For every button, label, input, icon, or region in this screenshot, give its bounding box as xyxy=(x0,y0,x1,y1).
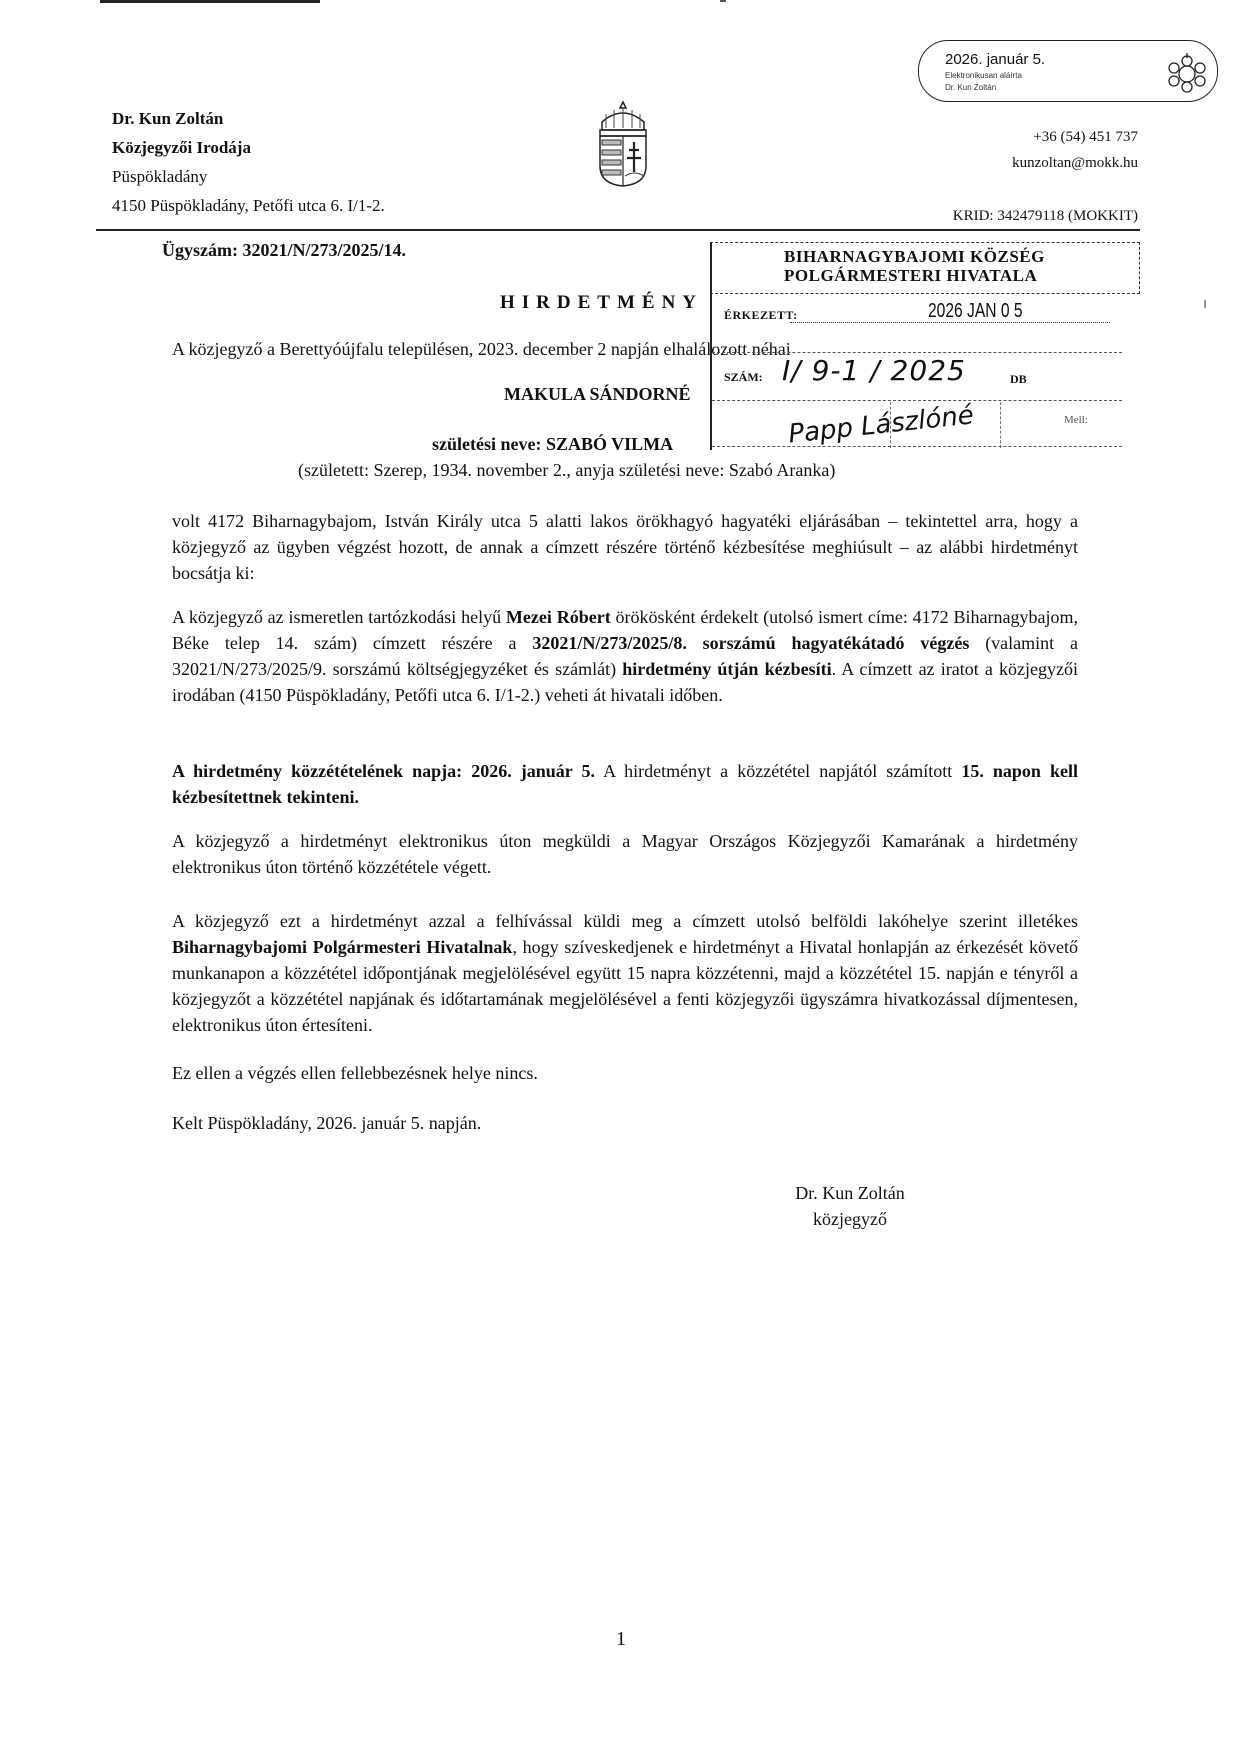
stamp-line1: Elektronikusan aláírta xyxy=(945,71,1022,80)
paragraph-dated: Kelt Püspökladány, 2026. január 5. napjá… xyxy=(172,1110,1078,1136)
coat-of-arms-icon xyxy=(594,100,652,188)
page-number: 1 xyxy=(616,1628,626,1651)
received-label: ÉRKEZETT: xyxy=(724,308,798,323)
header-divider xyxy=(96,229,1140,231)
krid: KRID: 342479118 (MOKKIT) xyxy=(953,208,1138,225)
birth-details: (született: Szerep, 1934. november 2., a… xyxy=(298,460,835,481)
stamp-cell-divider xyxy=(1000,402,1001,448)
office-name: Biharnagybajomi Polgármesteri Hivatalnak xyxy=(172,937,512,957)
signature-block: Dr. Kun Zoltán közjegyző xyxy=(770,1180,930,1232)
sender-address: 4150 Püspökladány, Petőfi utca 6. I/1-2. xyxy=(112,191,385,220)
sender-city: Püspökladány xyxy=(112,162,385,191)
handwritten-number: I/ 9-1 / 2025 xyxy=(782,354,966,387)
attachment-label: Mell: xyxy=(1064,414,1088,426)
stamp-border xyxy=(710,242,712,450)
phone: +36 (54) 451 737 xyxy=(1012,124,1138,150)
paragraph-procedure: volt 4172 Biharnagybajom, István Király … xyxy=(172,508,1078,586)
scan-artifact xyxy=(100,0,320,3)
stamp-line2: Dr. Kun Zoltán xyxy=(945,83,996,92)
text: A hirdetményt a közzététel napjától szám… xyxy=(595,761,961,781)
stamp-date: 2026. január 5. xyxy=(945,51,1045,68)
contact-block: +36 (54) 451 737 kunzoltan@mokk.hu xyxy=(1012,124,1138,176)
signer-name: Dr. Kun Zoltán xyxy=(770,1180,930,1206)
paragraph-publication-date: A hirdetmény közzétételének napja: 2026.… xyxy=(172,758,1078,810)
number-label: SZÁM: xyxy=(724,370,763,385)
scan-artifact xyxy=(1204,300,1206,308)
paragraph-request: A közjegyző ezt a hirdetményt azzal a fe… xyxy=(172,908,1078,1038)
sender-office: Közjegyzői Irodája xyxy=(112,133,385,162)
decision-reference: 32021/N/273/2025/8. sorszámú hagyatékáta… xyxy=(532,633,969,653)
sender-block: Dr. Kun Zoltán Közjegyzői Irodája Püspök… xyxy=(112,104,385,220)
document-title: HIRDETMÉNY xyxy=(500,292,703,314)
scan-artifact xyxy=(720,0,726,2)
count-label: DB xyxy=(1010,372,1027,387)
stamp-org-line2: POLGÁRMESTERI HIVATALA xyxy=(784,266,1037,286)
received-stamp: BIHARNAGYBAJOMI KÖZSÉG POLGÁRMESTERI HIV… xyxy=(710,242,1140,450)
paragraph-chamber: A közjegyző a hirdetményt elektronikus ú… xyxy=(172,828,1078,880)
chamber-seal-icon xyxy=(1165,52,1209,96)
text: A közjegyző ezt a hirdetményt azzal a fe… xyxy=(172,911,1078,931)
delivery-method: hirdetmény útján kézbesíti xyxy=(622,659,831,679)
stamp-rule xyxy=(712,352,1122,353)
stamp-rule xyxy=(712,446,1122,447)
sender-name: Dr. Kun Zoltán xyxy=(112,104,385,133)
case-number: Ügyszám: 32021/N/273/2025/14. xyxy=(162,240,406,261)
received-date: 2026 JAN 0 5 xyxy=(928,300,1023,323)
stamp-org-line1: BIHARNAGYBAJOMI KÖZSÉG xyxy=(784,247,1045,267)
stamp-rule xyxy=(712,400,1122,401)
email: kunzoltan@mokk.hu xyxy=(1012,150,1138,176)
paragraph-appeal: Ez ellen a végzés ellen fellebbezésnek h… xyxy=(172,1060,1078,1086)
heir-name: Mezei Róbert xyxy=(506,607,611,627)
paragraph-delivery: A közjegyző az ismeretlen tartózkodási h… xyxy=(172,604,1078,708)
publication-date: A hirdetmény közzétételének napja: 2026.… xyxy=(172,761,595,781)
intro-line: A közjegyző a Berettyóújfalu településen… xyxy=(172,339,791,360)
signer-role: közjegyző xyxy=(770,1206,930,1232)
deceased-name: MAKULA SÁNDORNÉ xyxy=(504,384,691,405)
text: A közjegyző az ismeretlen tartózkodási h… xyxy=(172,607,506,627)
handwritten-handler: Papp Lászlóné xyxy=(787,400,975,449)
birth-name: születési neve: SZABÓ VILMA xyxy=(432,434,673,455)
